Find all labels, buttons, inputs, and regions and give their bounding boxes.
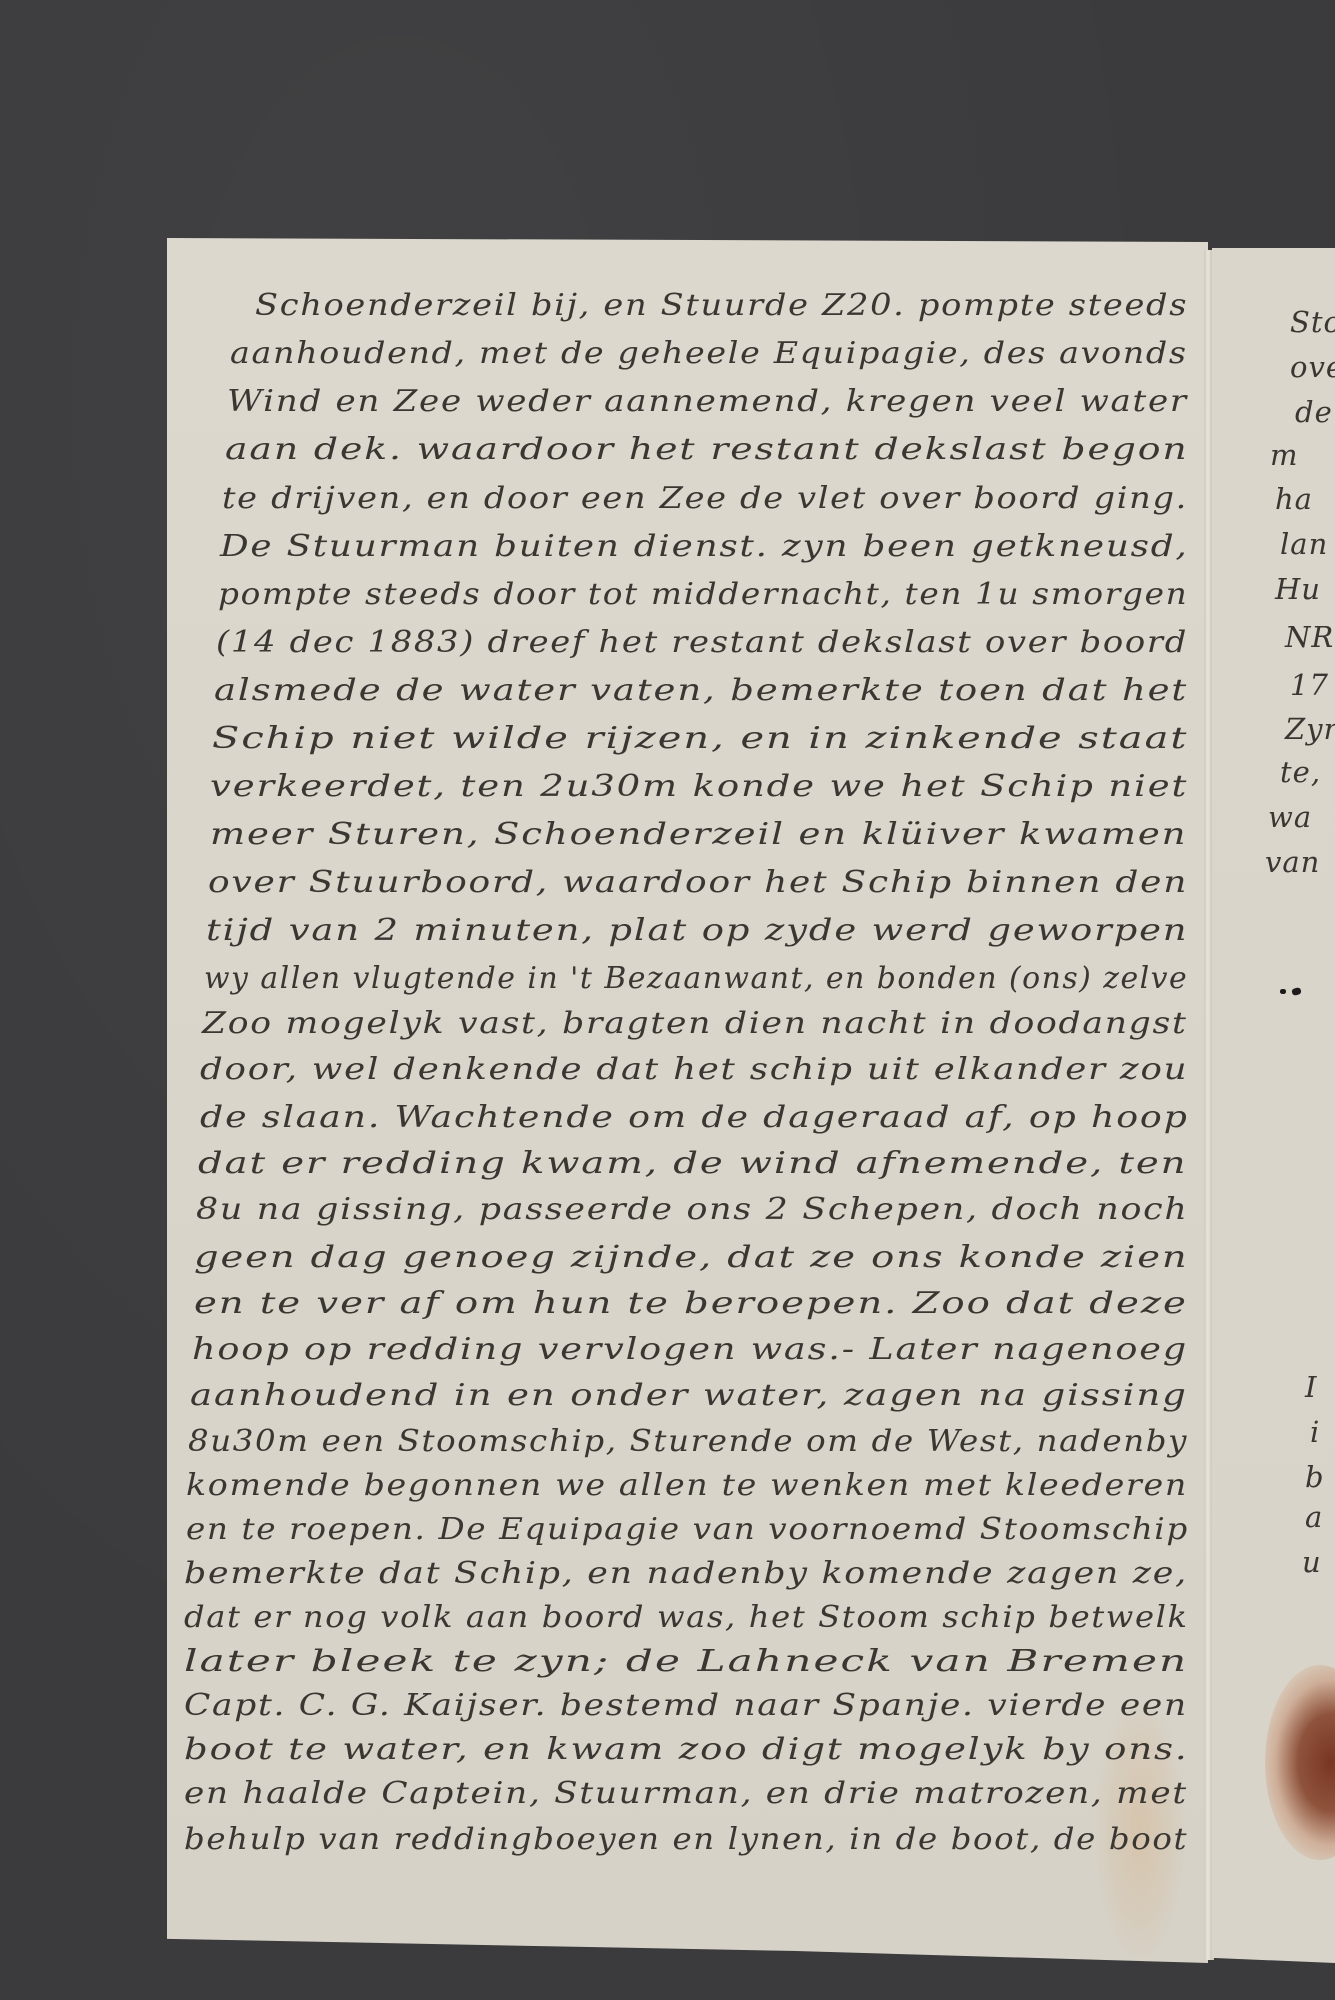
text-fragment: wa	[1268, 800, 1312, 834]
text-line: komende begonnen we allen te wenken met …	[186, 1468, 1188, 1503]
text-line: 8u30m een Stoomschip, Sturende om de Wes…	[188, 1424, 1188, 1459]
text-fragment: lan	[1280, 527, 1328, 561]
text-line: aanhoudend, met de geheele Equipagie, de…	[230, 336, 1188, 371]
text-line: over Stuurboord, waardoor het Schip binn…	[208, 865, 1188, 900]
text-line: aan dek. waardoor het restant dekslast b…	[225, 432, 1189, 467]
text-line: Schip niet wilde rijzen, en in zinkende …	[212, 721, 1188, 756]
text-fragment: Hu	[1275, 572, 1321, 606]
text-line: hoop op redding vervlogen was.- Later na…	[192, 1332, 1188, 1367]
text-line: boot te water, en kwam zoo digt mogelyk …	[184, 1732, 1189, 1767]
text-fragment: ove	[1290, 350, 1335, 384]
text-line: dat er redding kwam, de wind afnemende, …	[198, 1146, 1187, 1181]
text-line: dat er nog volk aan boord was, het Stoom…	[184, 1600, 1189, 1635]
text-fragment: u	[1302, 1545, 1322, 1579]
text-line: en haalde Captein, Stuurman, en drie mat…	[184, 1776, 1188, 1811]
text-line: en te ver af om hun te beroepen. Zoo dat…	[194, 1286, 1188, 1321]
text-line: (14 dec 1883) dreef het restant dekslast…	[216, 625, 1188, 660]
text-fragment: de	[1295, 395, 1333, 429]
text-line: aanhoudend in en onder water, zagen na g…	[190, 1378, 1188, 1413]
text-line: en te roepen. De Equipagie van voornoemd…	[186, 1512, 1189, 1547]
text-fragment: a	[1305, 1500, 1323, 1534]
text-fragment: 17	[1290, 668, 1329, 702]
text-line: behulp van reddingboeyen en lynen, in de…	[184, 1822, 1188, 1857]
ink-blot-icon	[1280, 988, 1302, 996]
text-fragment: Zyn	[1285, 712, 1335, 746]
text-line: de slaan. Wachtende om de dageraad af, o…	[200, 1100, 1189, 1135]
text-line: meer Sturen, Schoenderzeil en klüiver kw…	[210, 817, 1187, 852]
text-fragment: te,	[1280, 755, 1321, 789]
text-fragment: b	[1305, 1460, 1325, 1494]
text-line: verkeerdet, ten 2u30m konde we het Schip…	[210, 769, 1188, 804]
text-fragment: Sto	[1290, 305, 1335, 339]
text-line: geen dag genoeg zijnde, dat ze ons konde…	[194, 1240, 1189, 1275]
text-line: 8u na gissing, passeerde ons 2 Schepen, …	[196, 1192, 1189, 1227]
text-fragment: ha	[1275, 482, 1313, 516]
text-line: alsmede de water vaten, bemerkte toen da…	[214, 673, 1188, 708]
text-line: wy allen vlugtende in 't Bezaanwant, en …	[204, 961, 1188, 996]
text-fragment: m	[1270, 438, 1299, 472]
text-fragment: van	[1265, 845, 1320, 879]
text-fragment: NR	[1285, 620, 1334, 654]
text-line: te drijven, en door een Zee de vlet over…	[222, 481, 1188, 516]
text-line: De Stuurman buiten dienst. zyn been getk…	[220, 529, 1189, 564]
text-line: Schoenderzeil bij, en Stuurde Z20. pompt…	[255, 288, 1188, 323]
text-line: bemerkte dat Schip, en nadenby komende z…	[184, 1556, 1188, 1591]
text-line: Zoo mogelyk vast, bragten dien nacht in …	[202, 1006, 1188, 1041]
text-fragment: I	[1305, 1370, 1317, 1404]
text-line: door, wel denkende dat het schip uit elk…	[200, 1052, 1188, 1087]
text-line: later bleek te zyn; de Lahneck van Breme…	[184, 1644, 1188, 1679]
text-line: Wind en Zee weder aannemend, kregen veel…	[227, 384, 1188, 419]
text-line: pompte steeds door tot middernacht, ten …	[218, 577, 1188, 612]
text-line: tijd van 2 minuten, plat op zyde werd ge…	[206, 913, 1188, 948]
text-line: Capt. C. G. Kaijser. bestemd naar Spanje…	[184, 1688, 1188, 1723]
text-fragment: i	[1310, 1415, 1320, 1449]
